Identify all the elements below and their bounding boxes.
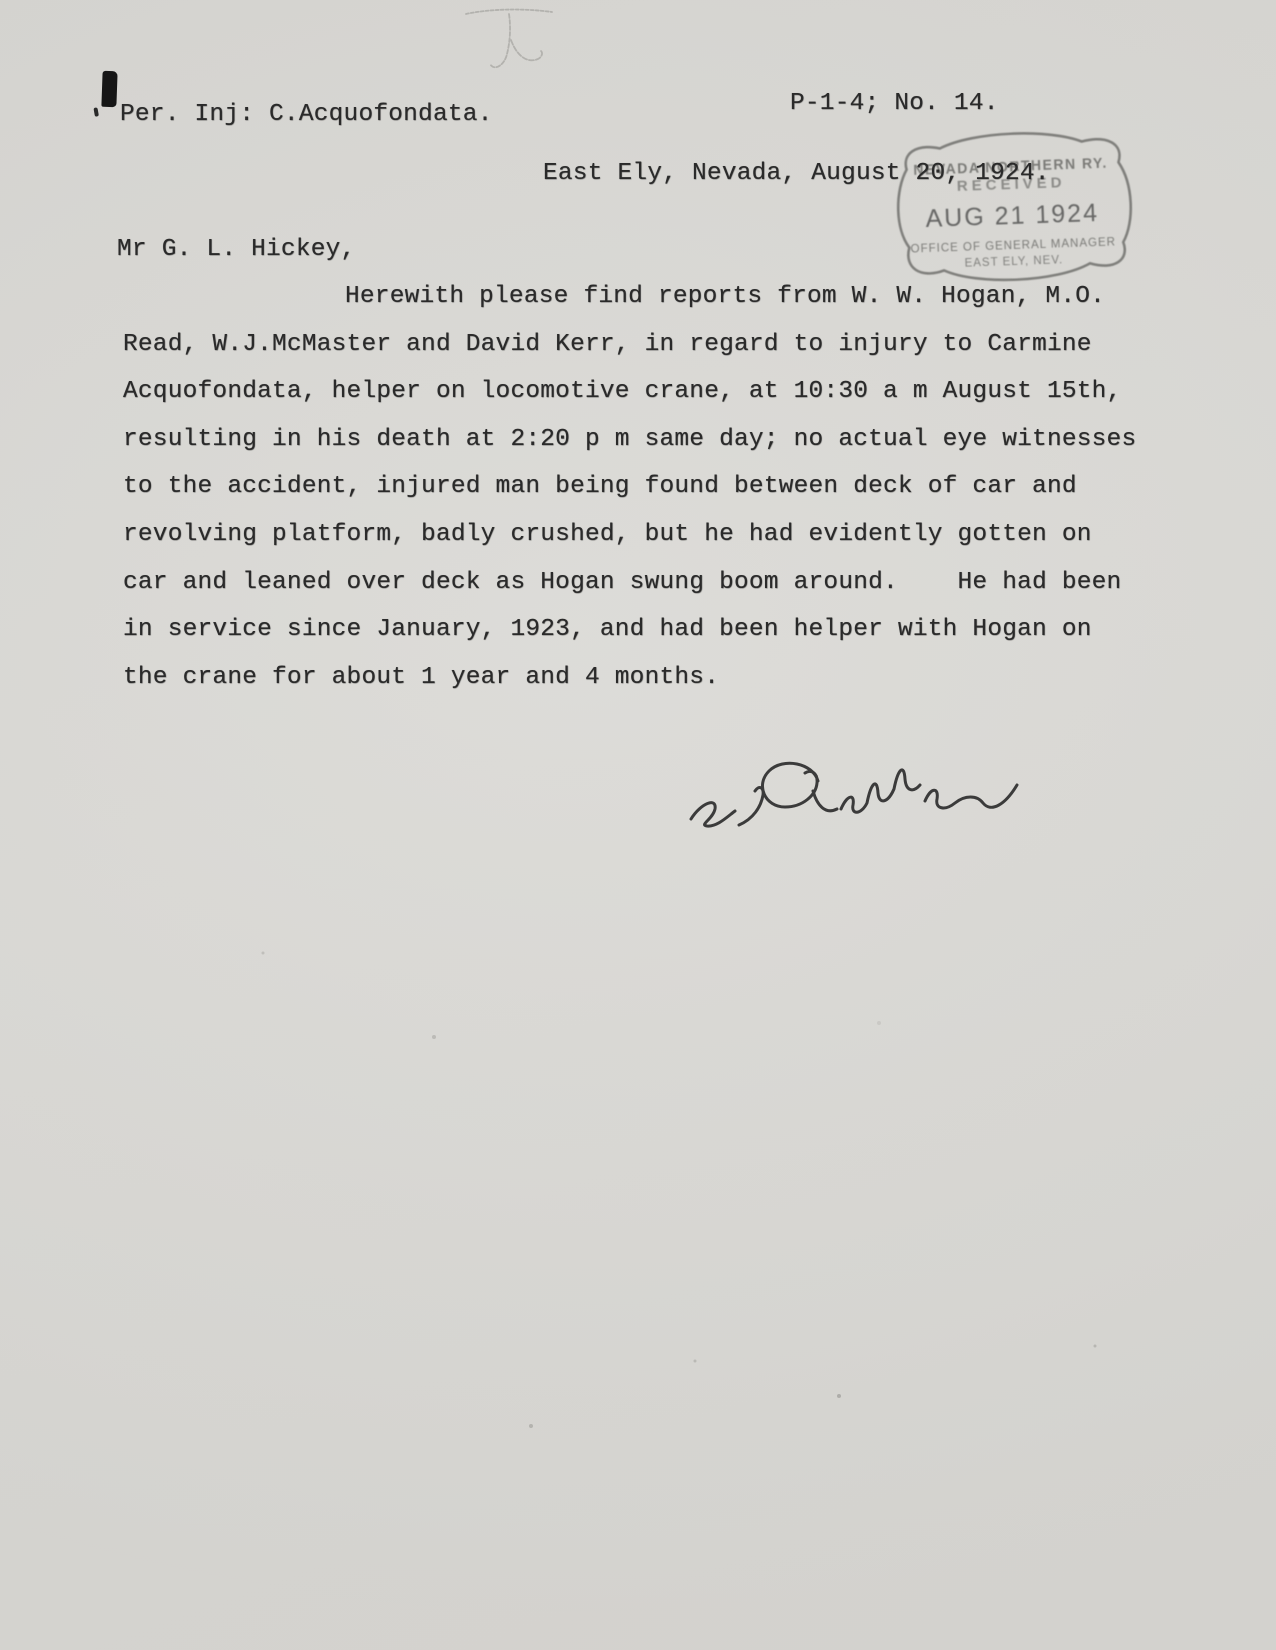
body-line: resulting in his death at 2:20 p m same …: [123, 426, 1153, 474]
body-line: Acquofondata, helper on locomotive crane…: [123, 378, 1153, 426]
received-stamp: NEVADA NORTHERN RY. RECEIVED AUG 21 1924…: [881, 120, 1143, 297]
ink-blot-mark: [101, 71, 117, 108]
pencil-initial-mark: [448, 2, 578, 77]
body-line: Read, W.J.McMaster and David Kerr, in re…: [123, 331, 1153, 379]
body-line: in service since January, 1923, and had …: [123, 616, 1153, 664]
paper-specks: [0, 0, 2, 2]
file-number: P-1-4; No. 14.: [790, 90, 999, 117]
body-line: the crane for about 1 year and 4 months.: [123, 664, 1153, 712]
dateline: East Ely, Nevada, August 20, 1924.: [543, 160, 1050, 187]
salutation: Mr G. L. Hickey,: [117, 236, 355, 263]
body-line: revolving platform, badly crushed, but h…: [123, 521, 1153, 569]
letter-page: Per. Inj: C.Acquofondata. P-1-4; No. 14.…: [0, 0, 1276, 1650]
signature: [683, 745, 1028, 850]
body-line: to the accident, injured man being found…: [123, 473, 1153, 521]
letter-body: Herewith please find reports from W. W. …: [123, 283, 1153, 711]
file-reference: Per. Inj: C.Acquofondata.: [120, 101, 493, 128]
body-line: car and leaned over deck as Hogan swung …: [123, 569, 1153, 617]
